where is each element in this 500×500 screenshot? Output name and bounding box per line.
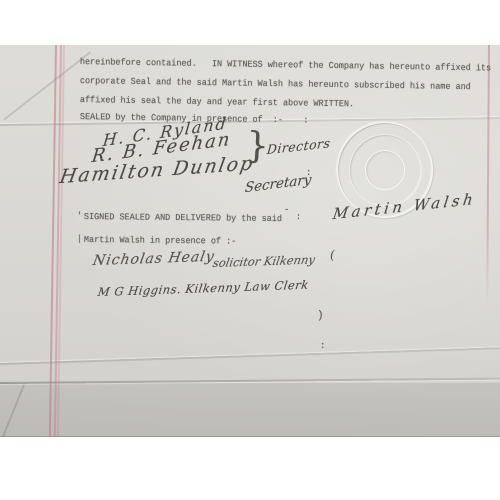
typed-left-tick-1: ' bbox=[77, 211, 82, 222]
typed-colon-mark-lower: : bbox=[320, 341, 325, 352]
typed-dash-mark: - bbox=[284, 205, 289, 216]
typed-colon-mark: : bbox=[306, 168, 311, 179]
margin-rule-right bbox=[486, 45, 489, 307]
typed-line-witness-clause-3: affixed his seal the day and year first … bbox=[80, 95, 354, 110]
fold-crease-lower bbox=[0, 347, 500, 365]
typed-left-tick-2: | bbox=[77, 234, 82, 245]
paper-edge bbox=[0, 436, 500, 438]
signature-witness-2: M G Higgins. Kilkenny Law Clerk bbox=[97, 278, 310, 299]
seal-center-ring bbox=[365, 150, 405, 190]
paper-bottom-shading bbox=[0, 383, 500, 437]
typed-colon-after-said: : bbox=[296, 212, 301, 223]
photograph-of-document: hereinbefore contained. IN WITNESS where… bbox=[0, 45, 500, 437]
signature-witness-1: Nicholas Healy bbox=[92, 249, 216, 269]
secretary-label: Secretary bbox=[244, 172, 312, 196]
typed-line-witness-clause-1: hereinbefore contained. IN WITNESS where… bbox=[80, 57, 491, 74]
typed-line-in-presence-of: Martin Walsh in presence of :- bbox=[84, 235, 236, 248]
witness-1-title: solicitor Kilkenny bbox=[212, 252, 316, 270]
corner-crease-top-left bbox=[3, 51, 91, 120]
directors-label: Directors bbox=[266, 135, 331, 157]
typed-line-witness-clause-2: corporate Seal and the said Martin Walsh… bbox=[80, 76, 471, 93]
typed-closing-paren: ) bbox=[317, 311, 324, 322]
witness-1-paren-mark: ( bbox=[330, 248, 335, 262]
document-page: hereinbefore contained. IN WITNESS where… bbox=[0, 45, 500, 437]
typed-line-signed-sealed-delivered: SIGNED SEALED AND DELIVERED by the said bbox=[84, 212, 282, 225]
